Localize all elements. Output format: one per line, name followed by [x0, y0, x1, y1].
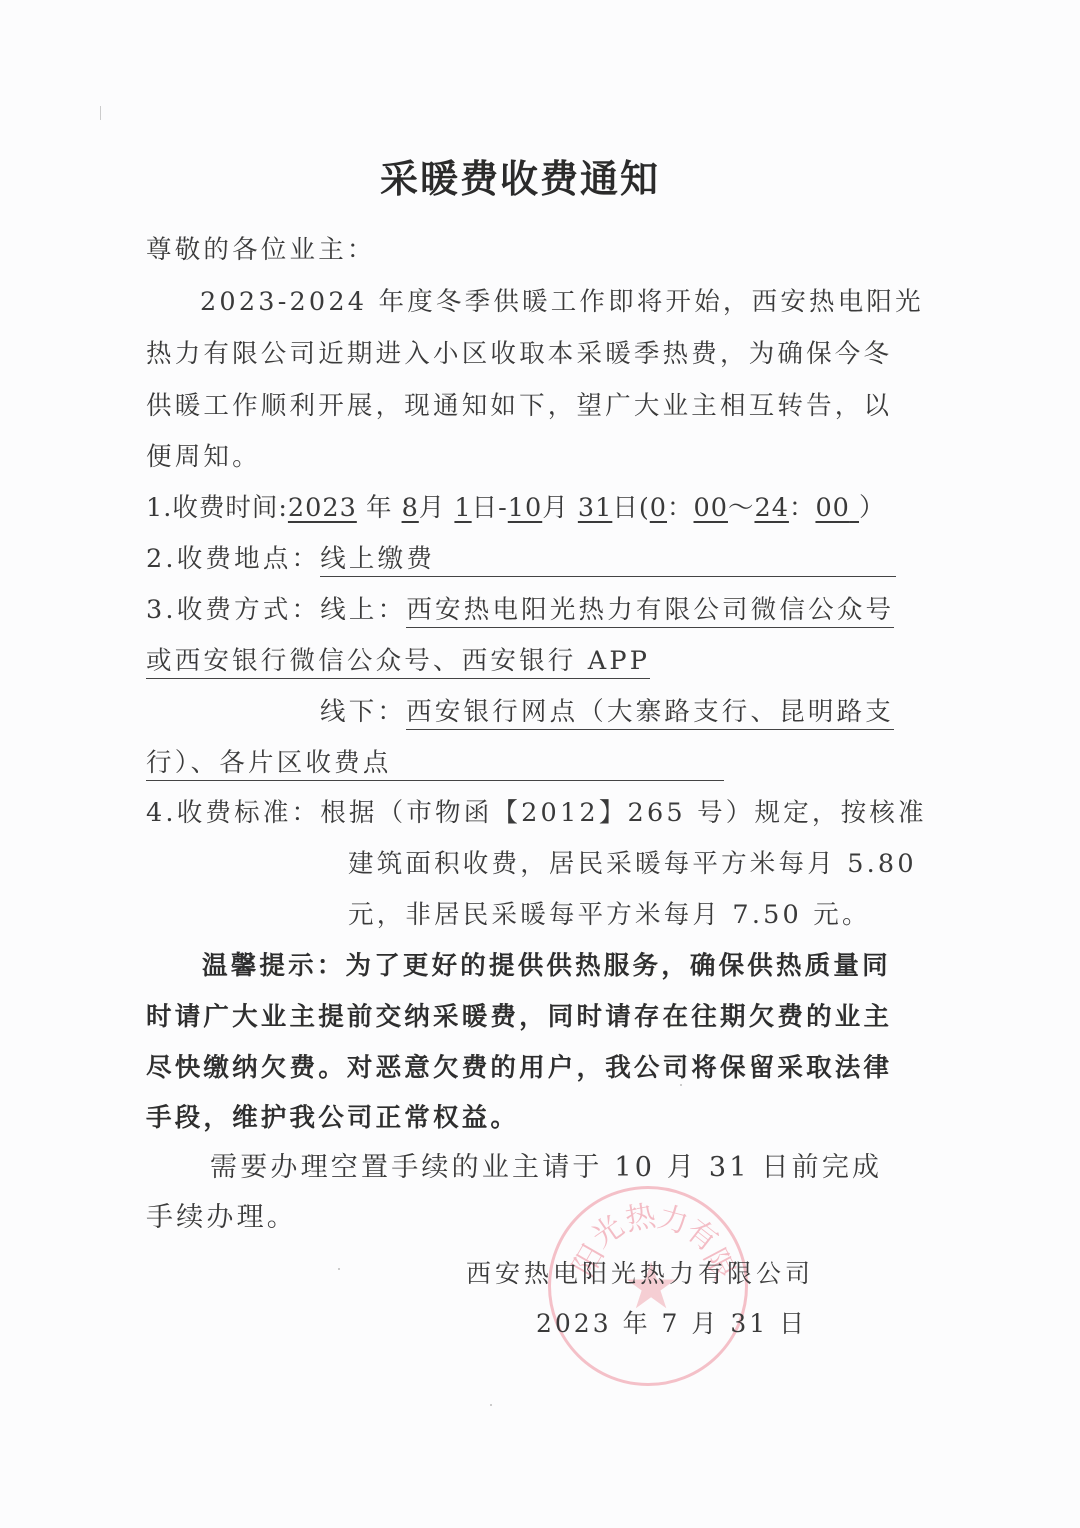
online-value-line-1: 西安热电阳光热力有限公司微信公众号: [406, 594, 894, 628]
margin-mark: [100, 106, 101, 120]
reminder-line-4: 手段，维护我公司正常权益。: [146, 1100, 519, 1136]
fee-end-month: 10: [508, 493, 542, 523]
fee-year: 2023: [288, 493, 357, 523]
year-unit: 年: [366, 493, 393, 523]
fee-start-day: 1: [454, 493, 471, 523]
fee-standard-line-3: 元，非居民采暖每平方米每月 7.50 元。: [348, 897, 871, 933]
fee-start-min: 00: [694, 493, 728, 523]
item-fee-location: 2.收费地点：线上缴费: [146, 541, 896, 577]
fee-location-value: 线上缴费: [320, 543, 896, 577]
scan-speck: [680, 1084, 682, 1086]
month-unit-2: 月: [542, 493, 569, 523]
intro-line-2: 热力有限公司近期进入小区收取本采暖季热费，为确保今冬: [146, 336, 892, 372]
salutation: 尊敬的各位业主：: [146, 232, 376, 268]
item-fee-method: 3.收费方式：线上：西安热电阳光热力有限公司微信公众号: [146, 592, 894, 628]
reminder-line-2: 时请广大业主提前交纳采暖费，同时请存在往期欠费的业主: [146, 999, 892, 1035]
day-unit-dash: 日-: [472, 493, 508, 523]
reminder-line-1: 温馨提示：为了更好的提供供热服务，确保供热质量同: [202, 948, 891, 984]
item-fee-method-offline: 线下：西安银行网点（大寨路支行、昆明路支: [320, 694, 894, 730]
day-unit-paren: 日(: [612, 493, 649, 523]
item-fee-standard-label: 4.收费标准：: [146, 798, 320, 828]
reminder-line-3: 尽快缴纳欠费。对恶意欠费的用户，我公司将保留采取法律: [146, 1050, 892, 1086]
document-page: 采暖费收费通知 尊敬的各位业主： 2023-2024 年度冬季供暖工作即将开始，…: [0, 0, 1080, 1528]
fee-standard-line-1: 根据（市物函【2012】265 号）规定，按核准: [320, 798, 926, 828]
colon-2: ：: [789, 493, 816, 523]
item-fee-method-label: 3.收费方式：: [146, 595, 320, 625]
intro-line-4: 便周知。: [146, 439, 261, 475]
scan-speck: [490, 1404, 492, 1406]
fee-end-min: 00: [815, 493, 849, 523]
signature-date: 2023 年 7 月 31 日: [536, 1304, 807, 1340]
close-paren: ）: [859, 493, 886, 523]
offline-label: 线下：: [320, 697, 406, 727]
item-fee-standard: 4.收费标准：根据（市物函【2012】265 号）规定，按核准: [146, 795, 927, 831]
scan-speck: [338, 1268, 340, 1270]
fee-start-month: 8: [402, 493, 419, 523]
online-label: 线上：: [320, 595, 406, 625]
vacancy-line-1: 需要办理空置手续的业主请于 10 月 31 日前完成: [210, 1150, 882, 1186]
online-value-line-2: 或西安银行微信公众号、西安银行 APP: [146, 645, 650, 679]
item-fee-time: 1.收费时间:2023 年 8月 1日-10月 31日(0：00～24：00 ）: [146, 490, 886, 526]
signature-company: 西安热电阳光热力有限公司: [466, 1254, 814, 1290]
document-title: 采暖费收费通知: [0, 148, 1040, 203]
offline-value-line-1: 西安银行网点（大寨路支行、昆明路支: [406, 696, 894, 730]
fee-end-hour: 24: [754, 493, 788, 523]
item-fee-method-offline-cont: 行）、各片区收费点: [146, 745, 724, 781]
offline-value-line-2: 行）、各片区收费点: [146, 747, 724, 781]
intro-line-1: 2023-2024 年度冬季供暖工作即将开始，西安热电阳光: [200, 284, 924, 320]
item-fee-method-cont: 或西安银行微信公众号、西安银行 APP: [146, 643, 650, 679]
item-fee-time-label: 1.收费时间:: [146, 493, 288, 523]
fee-standard-line-2: 建筑面积收费，居民采暖每平方米每月 5.80: [348, 846, 917, 882]
vacancy-line-2: 手续办理。: [146, 1200, 297, 1236]
month-unit: 月: [419, 493, 446, 523]
fee-end-day: 31: [578, 493, 612, 523]
item-fee-location-label: 2.收费地点：: [146, 544, 320, 574]
colon-1: ：: [667, 493, 694, 523]
fee-start-hour: 0: [650, 493, 667, 523]
intro-line-3: 供暖工作顺利开展，现通知如下，望广大业主相互转告，以: [146, 388, 892, 424]
tilde: ～: [728, 493, 755, 523]
